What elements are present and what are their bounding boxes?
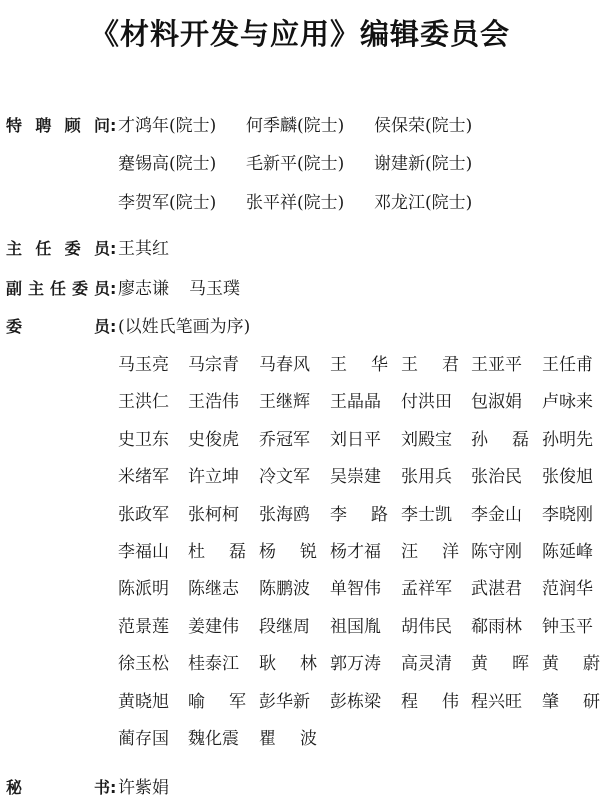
advisor-name: 才鸿年(院士)	[118, 113, 246, 139]
member-name: 史卫东	[118, 427, 176, 453]
advisor-name: 侯保荣(院士)	[374, 113, 502, 139]
name-char: 洋	[442, 539, 459, 565]
member-name: 杨锐	[259, 539, 317, 565]
name-char: 锐	[300, 539, 317, 565]
name-char: 君	[442, 352, 459, 378]
member-name: 米绪军	[118, 464, 176, 490]
advisor-name: 蹇锡高(院士)	[118, 151, 246, 177]
member-name: 史俊虎	[188, 427, 246, 453]
member-name: 包淑娟	[471, 389, 529, 415]
advisor-name: 邓龙江(院士)	[374, 190, 502, 216]
name-char: 程	[401, 689, 418, 715]
member-name: 陈守刚	[471, 539, 529, 565]
name-char: 王	[401, 352, 418, 378]
name-char: 王	[330, 352, 347, 378]
member-name: 黄蔚	[542, 651, 600, 677]
member-name: 范润华	[542, 576, 600, 602]
member-name: 郭万涛	[330, 651, 388, 677]
director-names: 王其红	[118, 236, 189, 262]
member-name: 孟祥军	[401, 576, 459, 602]
member-name: 程兴旺	[471, 689, 529, 715]
member-name: 王洪仁	[118, 389, 176, 415]
member-name: 蔺存国	[118, 726, 176, 752]
label-char: 委	[72, 276, 88, 302]
member-name: 孙磊	[471, 427, 529, 453]
member-name: 黄晖	[471, 651, 529, 677]
member-name: 王君	[401, 352, 459, 378]
member-name: 高灵清	[401, 651, 459, 677]
label-char: 委	[6, 314, 22, 340]
colon: :	[110, 314, 118, 340]
member-name: 李士凯	[401, 502, 459, 528]
label-char: 员	[94, 314, 110, 340]
member-name: 张用兵	[401, 464, 459, 490]
member-name: 郗雨林	[471, 614, 529, 640]
name-char: 喻	[188, 689, 205, 715]
advisor-name: 何季麟(院士)	[246, 113, 374, 139]
director-name: 王其红	[118, 236, 169, 262]
member-name: 李金山	[471, 502, 529, 528]
member-name: 刘日平	[330, 427, 388, 453]
label-char: 主	[28, 276, 44, 302]
vice-director-name: 马玉璞	[189, 276, 240, 302]
member-name: 刘殿宝	[401, 427, 459, 453]
label-char: 顾	[65, 113, 81, 139]
member-name: 许立坤	[188, 464, 246, 490]
member-name: 卢咏来	[542, 389, 600, 415]
member-name: 王继辉	[259, 389, 317, 415]
member-name: 马玉亮	[118, 352, 176, 378]
label-char: 秘	[6, 775, 22, 801]
member-name: 胡伟民	[401, 614, 459, 640]
name-char: 耿	[259, 651, 276, 677]
member-name: 陈派明	[118, 576, 176, 602]
colon: :	[110, 113, 118, 139]
member-name: 王华	[330, 352, 388, 378]
name-char: 波	[300, 726, 317, 752]
name-char: 汪	[401, 539, 418, 565]
secretary-label: 秘书	[6, 775, 110, 801]
name-char: 孙	[471, 427, 488, 453]
name-char: 杜	[188, 539, 205, 565]
member-name: 肇研	[542, 689, 600, 715]
member-name: 钟玉平	[542, 614, 600, 640]
member-name: 乔冠军	[259, 427, 317, 453]
member-name: 姜建伟	[188, 614, 246, 640]
name-char: 蔚	[583, 651, 600, 677]
secretary-names: 许紫娟	[118, 775, 169, 801]
label-char: 书	[94, 775, 110, 801]
member-name: 范景莲	[118, 614, 176, 640]
colon: :	[110, 775, 118, 801]
member-name: 祖国胤	[330, 614, 388, 640]
label-char: 员	[94, 236, 110, 262]
member-name: 彭华新	[259, 689, 317, 715]
member-name: 马春风	[259, 352, 317, 378]
member-name: 程伟	[401, 689, 459, 715]
advisor-names: 才鸿年(院士)何季麟(院士)侯保荣(院士)	[118, 113, 502, 139]
vice-directors-label: 副主任委员	[6, 276, 110, 302]
name-char: 磊	[229, 539, 246, 565]
label-char: 特	[6, 113, 22, 139]
member-name: 张海鸥	[259, 502, 317, 528]
name-char: 肇	[542, 689, 559, 715]
member-name: 孙明先	[542, 427, 600, 453]
label-char: 问	[94, 113, 110, 139]
vice-director-names: 廖志谦马玉璞	[118, 276, 260, 302]
member-name: 张俊旭	[542, 464, 600, 490]
member-name: 桂泰江	[188, 651, 246, 677]
ordering-note: (以姓氏笔画为序)	[118, 314, 250, 340]
label-char: 聘	[35, 113, 51, 139]
member-name: 张柯柯	[188, 502, 246, 528]
name-char: 黄	[542, 651, 559, 677]
page-title: 《材料开发与应用》编辑委员会	[0, 12, 600, 53]
member-name: 吴崇建	[330, 464, 388, 490]
label-char: 员	[94, 276, 110, 302]
member-name: 付洪田	[401, 389, 459, 415]
advisor-name: 谢建新(院士)	[374, 151, 502, 177]
name-char: 晖	[512, 651, 529, 677]
label-char: 主	[6, 236, 22, 262]
member-name: 杜磊	[188, 539, 246, 565]
director-label: 主任委员	[6, 236, 110, 262]
label-char: 委	[65, 236, 81, 262]
name-char: 路	[371, 502, 388, 528]
member-name: 张政军	[118, 502, 176, 528]
member-name: 杨才福	[330, 539, 388, 565]
member-name: 张治民	[471, 464, 529, 490]
advisor-name: 李贺军(院士)	[118, 190, 246, 216]
member-name: 喻军	[188, 689, 246, 715]
member-name: 陈鹏波	[259, 576, 317, 602]
member-name: 冷文军	[259, 464, 317, 490]
members-label: 委员	[6, 314, 110, 340]
member-name: 武湛君	[471, 576, 529, 602]
member-name: 李晓刚	[542, 502, 600, 528]
advisor-names: 李贺军(院士)张平祥(院士)邓龙江(院士)	[118, 190, 502, 216]
name-char: 林	[300, 651, 317, 677]
member-name: 王晶晶	[330, 389, 388, 415]
name-char: 磊	[512, 427, 529, 453]
advisor-names: 蹇锡高(院士)毛新平(院士)谢建新(院士)	[118, 151, 502, 177]
advisor-name: 张平祥(院士)	[246, 190, 374, 216]
label-char: 副	[6, 276, 22, 302]
member-name: 彭栋梁	[330, 689, 388, 715]
label-char: 任	[50, 276, 66, 302]
member-name: 陈继志	[188, 576, 246, 602]
name-char: 瞿	[259, 726, 276, 752]
name-char: 杨	[259, 539, 276, 565]
member-name: 单智伟	[330, 576, 388, 602]
name-char: 黄	[471, 651, 488, 677]
member-name: 耿林	[259, 651, 317, 677]
member-name: 瞿波	[259, 726, 317, 752]
colon: :	[110, 276, 118, 302]
member-name: 汪洋	[401, 539, 459, 565]
advisors-label: 特聘顾问	[6, 113, 110, 139]
name-char: 军	[229, 689, 246, 715]
member-name: 李福山	[118, 539, 176, 565]
advisor-name: 毛新平(院士)	[246, 151, 374, 177]
member-name: 陈延峰	[542, 539, 600, 565]
secretary-name: 许紫娟	[118, 775, 169, 801]
members-note: (以姓氏笔画为序)	[118, 314, 250, 340]
member-name: 徐玉松	[118, 651, 176, 677]
member-name: 黄晓旭	[118, 689, 176, 715]
name-char: 李	[330, 502, 347, 528]
label-char: 任	[35, 236, 51, 262]
member-name: 王亚平	[471, 352, 529, 378]
name-char: 研	[583, 689, 600, 715]
member-name: 马宗青	[188, 352, 246, 378]
member-name: 李路	[330, 502, 388, 528]
member-name: 段继周	[259, 614, 317, 640]
colon: :	[110, 236, 118, 262]
member-name: 王浩伟	[188, 389, 246, 415]
member-name: 魏化震	[188, 726, 246, 752]
name-char: 伟	[442, 689, 459, 715]
name-char: 华	[371, 352, 388, 378]
member-name: 王任甫	[542, 352, 600, 378]
vice-director-name: 廖志谦	[118, 276, 169, 302]
